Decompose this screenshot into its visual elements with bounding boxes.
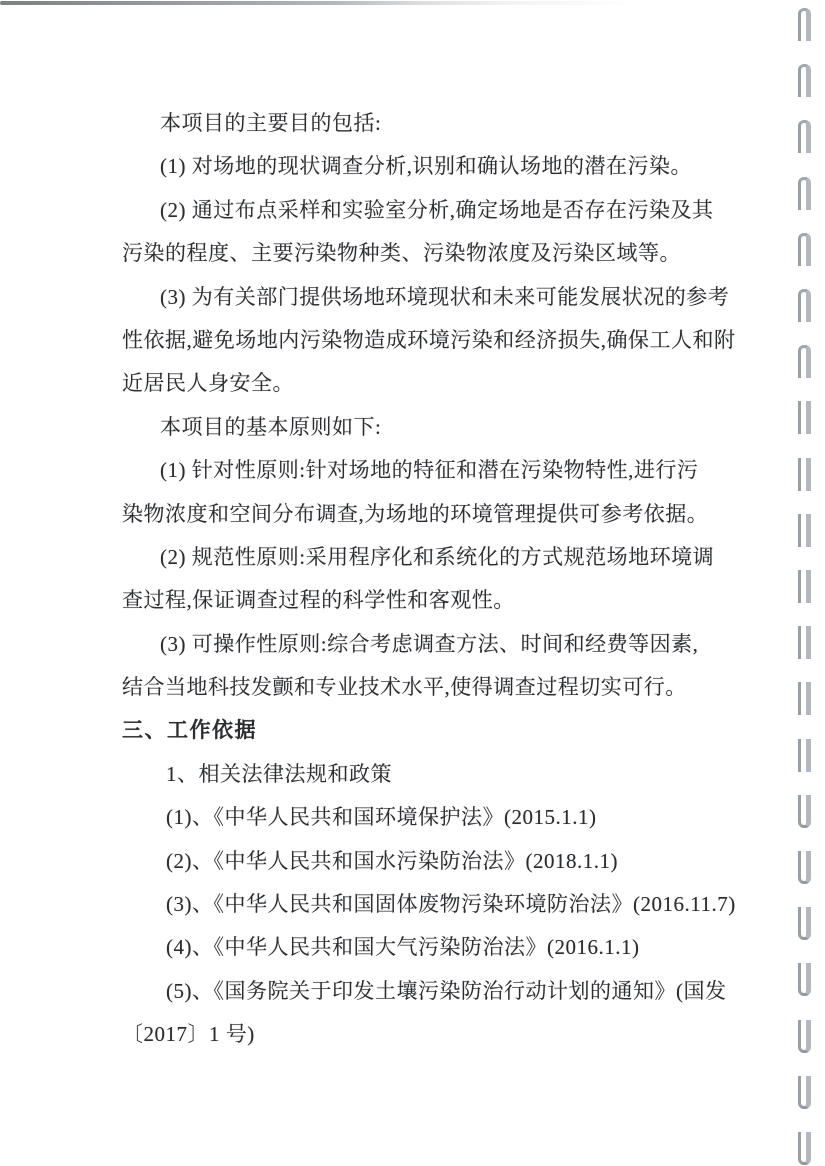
binding-ring — [798, 345, 811, 378]
text-line: 结合当地科技发颤和专业技术水平,使得调查过程切实可行。 — [122, 666, 782, 709]
text-line: 本项目的主要目的包括: — [122, 102, 782, 145]
binding-ring — [798, 570, 811, 603]
binding-ring — [798, 514, 811, 547]
text-line: (5)、《国务院关于印发土壤污染防治行动计划的通知》(国发 — [122, 970, 782, 1013]
binding-ring — [798, 1076, 811, 1109]
text-line: 污染的程度、主要污染物种类、污染物浓度及污染区域等。 — [122, 232, 782, 275]
text-line: (2)、《中华人民共和国水污染防治法》(2018.1.1) — [122, 840, 782, 883]
text-line: (1) 针对性原则:针对场地的特征和潜在污染物特性,进行污 — [122, 449, 782, 492]
binding-ring — [798, 233, 811, 266]
binding-ring — [798, 8, 811, 41]
text-line: 性依据,避免场地内污染物造成环境污染和经济损失,确保工人和附 — [122, 319, 782, 362]
binding-ring — [798, 851, 811, 884]
binding-ring — [798, 739, 811, 772]
text-line: 近居民人身安全。 — [122, 362, 782, 405]
binding-ring — [798, 289, 811, 322]
scan-artifact-top-edge — [0, 1, 640, 5]
binding-ring — [798, 177, 811, 210]
text-line: (2) 规范性原则:采用程序化和系统化的方式规范场地环境调 — [122, 536, 782, 579]
section-heading: 三、工作依据 — [122, 709, 782, 752]
binding-ring — [798, 626, 811, 659]
binding-ring — [798, 1020, 811, 1053]
binding-ring — [798, 795, 811, 828]
text-line: (1) 对场地的现状调查分析,识别和确认场地的潜在污染。 — [122, 145, 782, 188]
binding-ring — [798, 401, 811, 434]
scanned-document-page: 本项目的主要目的包括: (1) 对场地的现状调查分析,识别和确认场地的潜在污染。… — [0, 0, 825, 1166]
text-line: 本项目的基本原则如下: — [122, 406, 782, 449]
binding-ring — [798, 907, 811, 940]
binding-ring — [798, 64, 811, 97]
binding-ring — [798, 1132, 811, 1165]
text-line: (4)、《中华人民共和国大气污染防治法》(2016.1.1) — [122, 926, 782, 969]
binding-ring — [798, 963, 811, 996]
binding-ring — [798, 458, 811, 491]
binding-ring — [798, 682, 811, 715]
text-line: 染物浓度和空间分布调查,为场地的环境管理提供可参考依据。 — [122, 493, 782, 536]
binding-ring — [798, 120, 811, 153]
text-line: 1、相关法律法规和政策 — [122, 753, 782, 796]
text-line: 〔2017〕1 号) — [122, 1013, 782, 1056]
text-line: (1)、《中华人民共和国环境保护法》(2015.1.1) — [122, 796, 782, 839]
text-line: (2) 通过布点采样和实验室分析,确定场地是否存在污染及其 — [122, 189, 782, 232]
text-line: (3) 为有关部门提供场地环境现状和未来可能发展状况的参考 — [122, 276, 782, 319]
document-text: 本项目的主要目的包括: (1) 对场地的现状调查分析,识别和确认场地的潜在污染。… — [122, 102, 782, 1057]
text-line: (3) 可操作性原则:综合考虑调查方法、时间和经费等因素, — [122, 623, 782, 666]
text-line: (3)、《中华人民共和国固体废物污染环境防治法》(2016.11.7) — [122, 883, 782, 926]
text-line: 查过程,保证调查过程的科学性和客观性。 — [122, 579, 782, 622]
